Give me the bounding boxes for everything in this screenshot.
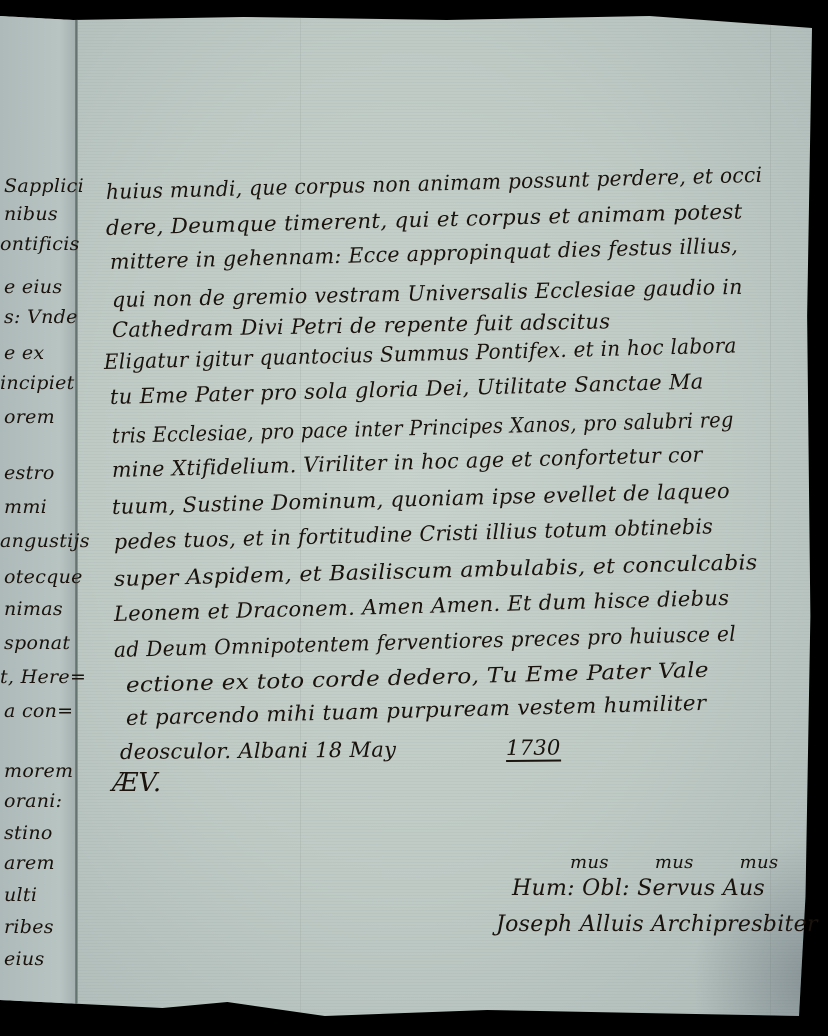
fragment: arem [4,852,55,874]
signature-name: Joseph Alluis Archipresbiter [496,912,818,937]
signature-closing: Hum: Obl: Servus Aus [512,876,765,901]
date-year: 1730 [506,736,561,762]
page-fold [75,16,78,1016]
fragment: Sapplici [4,175,84,197]
fragment: e eius [4,276,62,298]
fragment: a con= [4,700,73,722]
fragment: t, Here= [0,666,86,688]
fragment: ontificis [0,233,80,255]
initials: ÆV. [112,768,161,798]
fragment: estro [4,462,55,484]
fragment: ribes [4,916,54,938]
fragment: angustijs [0,530,90,552]
chain-line [300,16,301,1016]
fragment: s: Vnde [4,306,78,328]
fragment: otecque [4,566,83,588]
fragment: nimas [4,598,63,620]
body-line: deosculor. Albani 18 May [120,738,396,764]
signature-superscripts: mus mus mus [570,852,778,873]
fragment: e ex [4,342,44,364]
fragment: sponat [4,632,70,654]
fragment: morem [4,760,73,782]
fragment: orem [4,406,55,428]
fragment: stino [4,822,53,844]
fragment: orani: [4,790,62,812]
fragment: ulti [4,884,37,906]
fragment: eius [4,948,45,970]
fragment: nibus [4,203,58,225]
fragment: mmi [4,496,47,518]
fragment: incipiet [0,372,75,394]
